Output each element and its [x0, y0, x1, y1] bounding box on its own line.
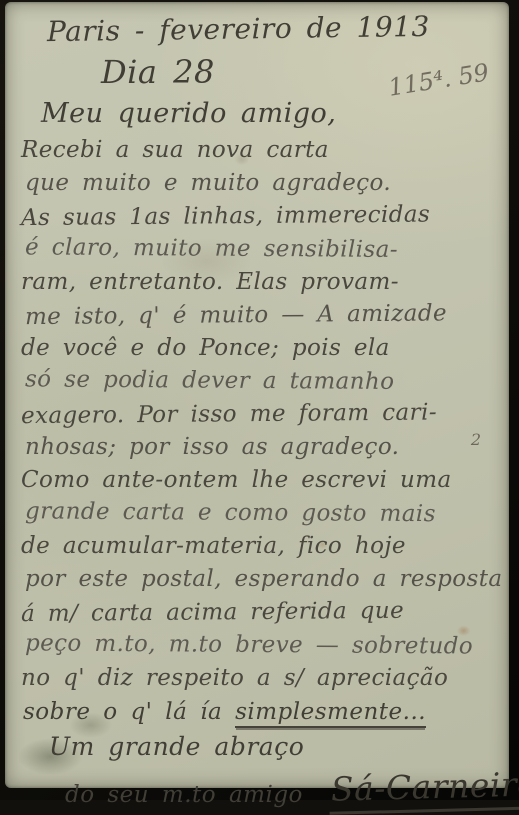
handwriting-line: no q' diz respeito a s/ apreciação — [21, 662, 503, 695]
signoff: do seu m.to amigo — [65, 778, 303, 800]
postcard-paper: Paris - fevereiro de 1913 Dia 28 115⁴. 5… — [5, 2, 509, 788]
handwriting-line: peço m.to, m.to breve — sobretudo — [25, 627, 503, 663]
handwriting-line: de acumular-materia, fico hoje — [21, 530, 503, 563]
emphasis-line: sobre o q' lá ía simplesmente... — [23, 695, 503, 729]
handwritten-letter: Paris - fevereiro de 1913 Dia 28 115⁴. 5… — [5, 2, 509, 788]
day-number: Dia 28 — [101, 50, 215, 94]
handwriting-line: exagero. Por isso me foram cari- — [21, 396, 503, 433]
pencil-annotation: 2 — [471, 430, 481, 449]
handwriting-line: nhosas; por isso as agradeço. — [25, 431, 503, 464]
underlined-word: simplesmente... — [235, 699, 426, 728]
handwriting-line: á m/ carta acima referida que — [21, 594, 503, 631]
handwriting-line: Como ante-ontem lhe escrevi uma — [21, 464, 503, 497]
handwriting-line: me isto, q' é muito — A amizade — [25, 297, 503, 334]
handwriting-line: que muito e muito agradeço. — [25, 167, 503, 200]
salutation: Meu querido amigo, — [41, 94, 503, 134]
day-row: Dia 28 115⁴. 59 — [19, 48, 503, 94]
handwriting-line: de você e do Ponce; pois ela — [21, 332, 503, 365]
closing-phrase: Um grande abraço — [49, 729, 503, 765]
handwriting-line: por este postal, esperando a resposta — [25, 563, 503, 596]
handwriting-line: ram, entretanto. Elas provam- — [21, 266, 503, 299]
emphasis-prefix: sobre o q' lá ía — [23, 699, 235, 725]
handwriting-line: só se podia dever a tamanho — [25, 363, 503, 399]
signature-row: do seu m.to amigo Sá-Carneiro — [65, 767, 503, 800]
handwriting-line: Recebi a sua nova carta — [21, 134, 503, 167]
signature: Sá-Carneiro — [328, 764, 519, 800]
handwriting-line: As suas 1as linhas, immerecidas — [21, 198, 503, 235]
scan-background: Paris - fevereiro de 1913 Dia 28 115⁴. 5… — [0, 0, 519, 800]
dateline: Paris - fevereiro de 1913 — [47, 7, 503, 51]
handwriting-line: é claro, muito me sensibilisa- — [25, 231, 503, 267]
letter-body: Recebi a sua nova cartaque muito e muito… — [19, 134, 503, 695]
handwriting-line: grande carta e como gosto mais — [25, 495, 503, 531]
